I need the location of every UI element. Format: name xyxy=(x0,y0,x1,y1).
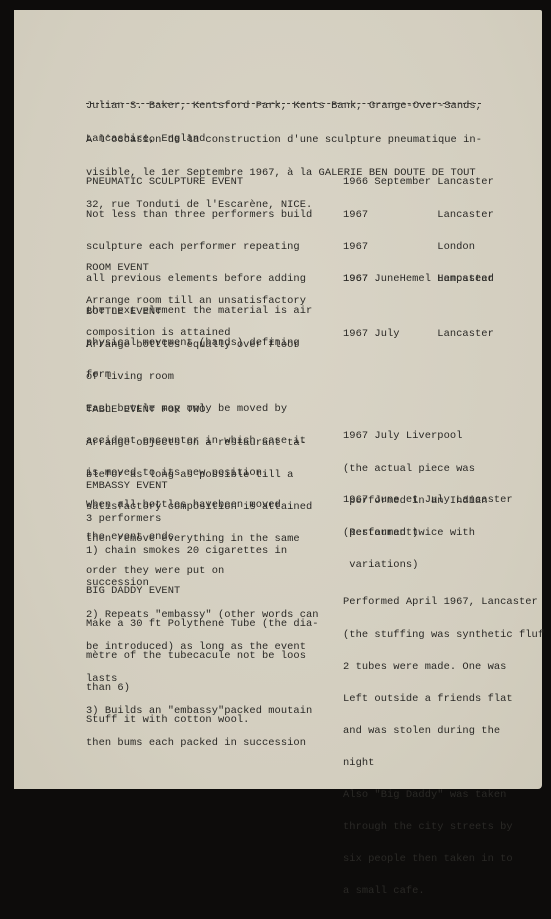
event-title: BOTTLE EVENT xyxy=(86,307,306,318)
dashed-divider xyxy=(86,103,481,104)
event-bottle-performances: 1967 July Lancaster xyxy=(343,308,494,362)
performance-line: 1967 July Lancaster xyxy=(343,329,494,340)
event-big-daddy-performances: Performed April 1967, Lancaster (the stu… xyxy=(343,576,544,800)
performance-line: Also "Big Daddy" was taken xyxy=(343,790,544,800)
performance-line: Left outside a friends flat xyxy=(343,694,544,705)
performance-line: variations) xyxy=(343,560,513,571)
event-text-line: 1) chain smokes 20 cigarettes in xyxy=(86,546,319,557)
event-text-line: 3 performers xyxy=(86,514,319,525)
performance-line: night xyxy=(343,758,544,769)
event-text-line: of living room xyxy=(86,372,306,383)
event-big-daddy-description: BIG DADDY EVENT Make a 30 ft Polythene T… xyxy=(86,565,319,747)
performance-line: (performed twice with xyxy=(343,528,513,539)
performance-line: 1967 July Liverpool xyxy=(343,431,488,442)
event-title: BIG DADDY EVENT xyxy=(86,586,319,597)
performance-line: (the stuffing was synthetic fluf xyxy=(343,630,544,641)
event-text-line: Make a 30 ft Polythene Tube (the dia- xyxy=(86,619,319,630)
event-text-line: mètre of the tubecacule not be loos xyxy=(86,651,319,662)
event-text-line: Arrange bottles equally over floor xyxy=(86,340,306,351)
event-text-line: than 6) xyxy=(86,683,319,694)
event-text-line: Arrange objects on a restaurant ta- xyxy=(86,438,312,449)
event-title: ROOM EVENT xyxy=(86,263,306,274)
performance-line: 1967 June Lancaster xyxy=(343,274,494,285)
event-text-line: Stuff it with cotton wool. xyxy=(86,715,319,726)
event-title: EMBASSY EVENT xyxy=(86,481,319,492)
performance-line: 1967 London xyxy=(343,242,494,253)
event-embassy-performances: 1967 June et July Lancaster (performed t… xyxy=(343,474,513,592)
event-title: TABLE EVENT FOR TWO xyxy=(86,405,312,416)
event-text-line: Not less than three performers build xyxy=(86,210,312,221)
performance-line: Performed April 1967, Lancaster xyxy=(343,597,544,608)
typewritten-page: Julian S. Baker, Kentsford Park, Kents B… xyxy=(14,10,542,789)
performance-line: 1967 Lancaster xyxy=(343,210,494,221)
performance-line: 2 tubes were made. One was xyxy=(343,662,544,673)
event-room-performances: 1967 June Lancaster xyxy=(343,253,494,307)
event-title: PNEUMATIC SCULPTURE EVENT xyxy=(86,177,312,188)
performance-line: 1967 June et July Lancaster xyxy=(343,495,513,506)
performance-line: 1966 September Lancaster xyxy=(343,177,494,188)
performance-line: (the actual piece was xyxy=(343,464,488,475)
performance-line: and was stolen during the xyxy=(343,726,544,737)
intro-line: A l'occasion de la construction d'une sc… xyxy=(86,135,482,146)
